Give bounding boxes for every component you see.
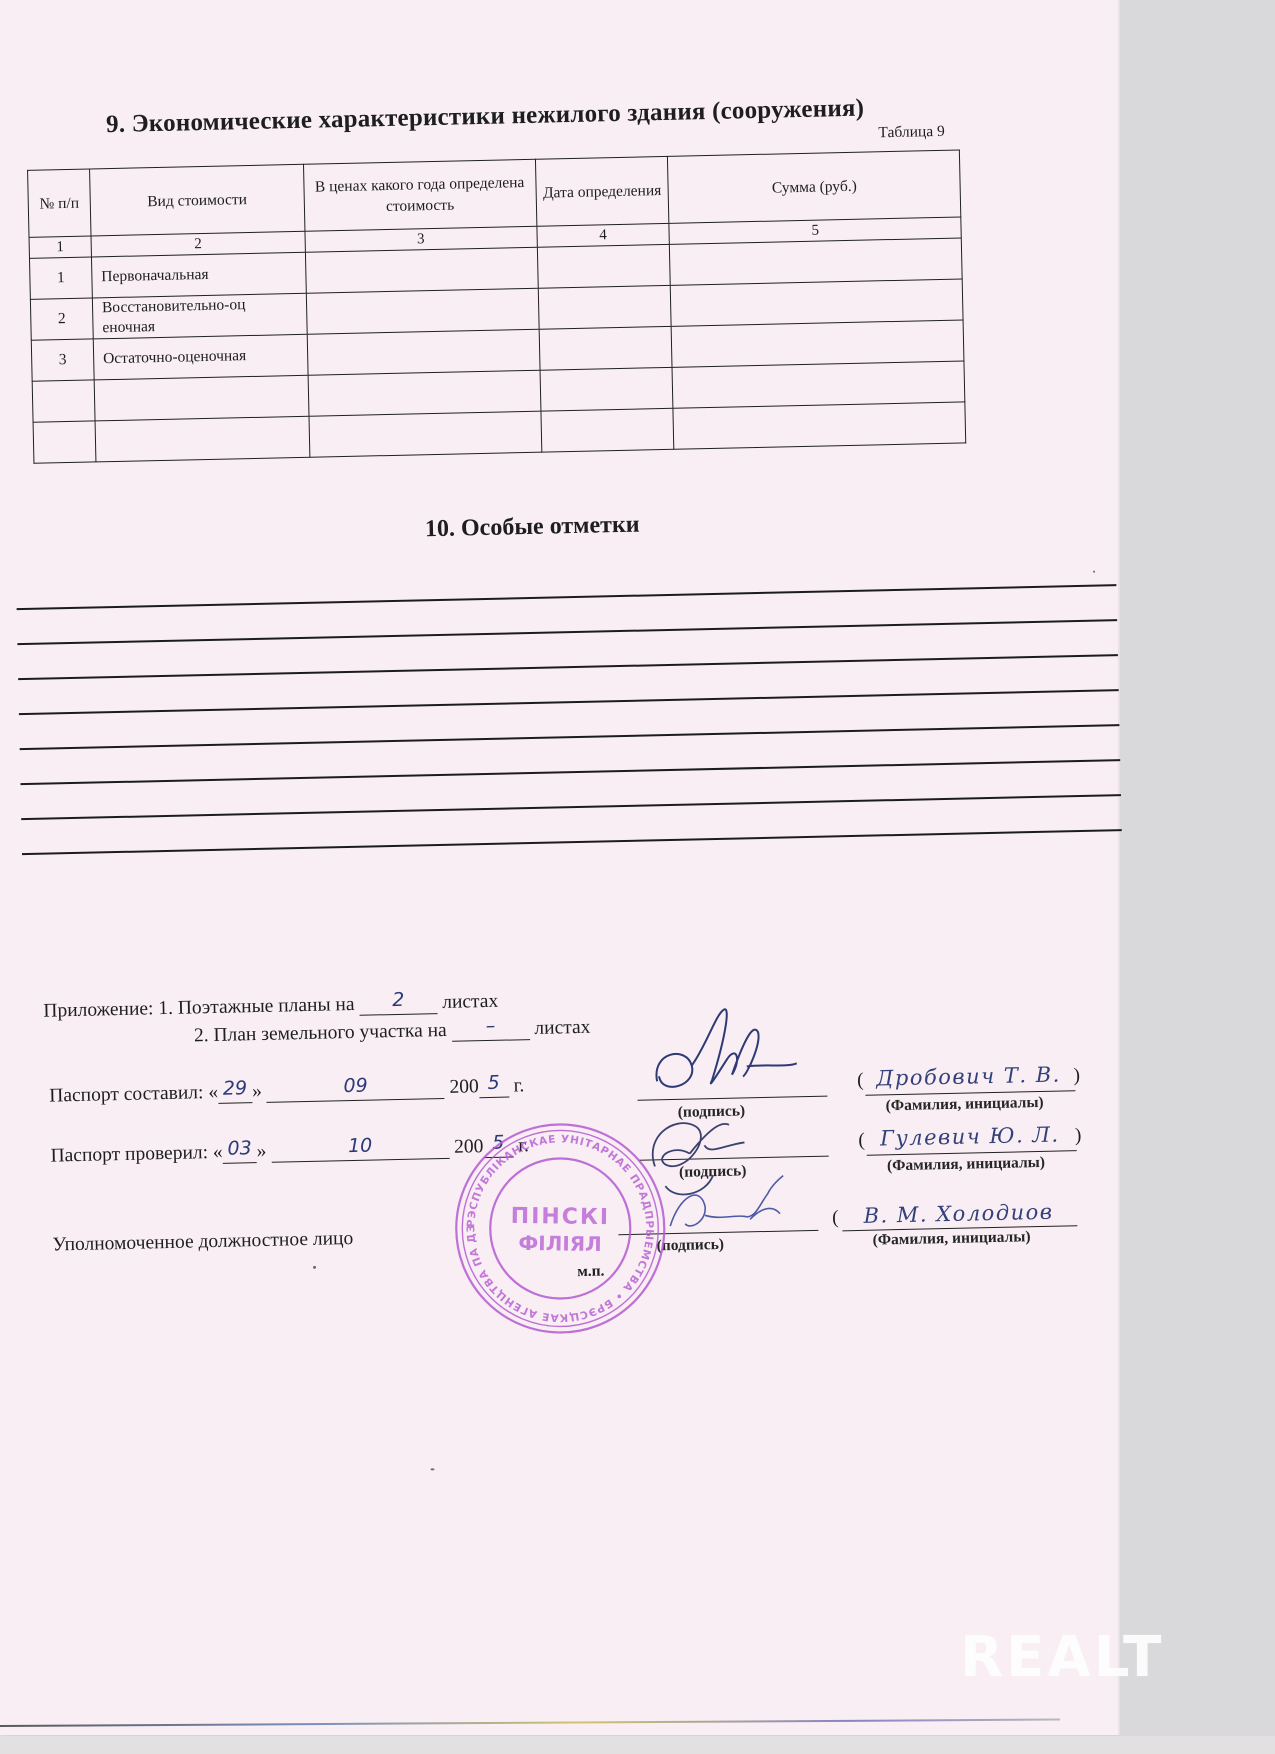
checked-name-value: Гулевич Ю. Л.	[880, 1123, 1060, 1151]
compiled-name-caption: (Фамилия, инициалы)	[885, 1094, 1043, 1115]
compiled-year-suffix: г.	[513, 1075, 524, 1096]
economic-characteristics-table: № п/п Вид стоимости В ценах какого года …	[27, 149, 966, 463]
row-value-type: Остаточно-оценочная	[93, 334, 308, 380]
row-price-year	[307, 329, 540, 375]
row-value-type: Первоначальная	[91, 252, 306, 298]
header-amount: Сумма (руб.)	[668, 150, 961, 223]
table-caption: Таблица 9	[878, 123, 945, 142]
checked-day-field: 03	[222, 1140, 256, 1164]
special-notes-line	[21, 794, 1121, 820]
row-amount	[672, 320, 964, 367]
appendix-item-1-prefix: 1. Поэтажные планы на	[158, 994, 355, 1019]
row-amount	[673, 402, 965, 449]
special-notes-line	[20, 724, 1120, 750]
compiled-signature	[645, 1003, 817, 1107]
compiled-year-digit: 5	[487, 1072, 500, 1094]
row-amount	[670, 238, 962, 285]
row-number	[32, 380, 95, 422]
row-amount	[672, 361, 964, 408]
scan-speck	[1093, 571, 1095, 573]
special-notes-line	[19, 689, 1119, 715]
row-date	[539, 326, 673, 370]
row-price-year	[306, 288, 539, 334]
appendix-label: Приложение:	[43, 998, 154, 1021]
appendix-item-2-prefix: 2. План земельного участка на	[194, 1020, 447, 1047]
row-number: 2	[30, 298, 93, 340]
appendix-item-1-suffix: листах	[442, 991, 498, 1013]
section-10-title: 10. Особые отметки	[425, 512, 640, 544]
land-plan-sheets-value: –	[486, 1015, 496, 1037]
compiled-month-value: 09	[343, 1075, 368, 1098]
scan-speck	[313, 1266, 316, 1269]
row-date	[540, 367, 674, 411]
seal-place-label: м.п.	[577, 1263, 605, 1282]
checked-name-field: Гулевич Ю. Л.	[865, 1122, 1075, 1149]
stamp-center-line-1: ПІНСКІ	[511, 1204, 611, 1230]
row-number	[33, 421, 96, 463]
floor-plans-sheets-value: 2	[392, 989, 405, 1011]
compiled-day-value: 29	[223, 1077, 248, 1100]
authorized-name-field: В. М. Холодиов	[838, 1199, 1078, 1226]
authorized-name-value: В. М. Холодиов	[863, 1200, 1053, 1228]
floor-plans-sheets-field: 2	[359, 991, 437, 1016]
section-9-title: 9. Экономические характеристики нежилого…	[106, 95, 865, 140]
compiled-name-field: Дробович Т. В.	[863, 1062, 1073, 1089]
compiled-by-row: Паспорт составил: «29» 09 2005 г.	[49, 1074, 525, 1107]
compiled-day-field: 29	[218, 1080, 252, 1104]
special-notes-line	[17, 584, 1117, 610]
row-value-type	[95, 416, 310, 462]
header-determination-date: Дата определения	[535, 156, 669, 226]
page-content: 9. Экономические характеристики нежилого…	[0, 0, 1149, 1745]
row-number: 3	[31, 339, 94, 381]
column-number: 4	[536, 223, 669, 247]
appendix-item-2: 2. План земельного участка на – листах	[194, 1016, 591, 1048]
row-value-type-text: Восстановительно-оценочная	[102, 295, 253, 338]
checked-month-value: 10	[348, 1135, 373, 1158]
row-date	[538, 285, 672, 329]
row-price-year	[309, 411, 542, 457]
row-number: 1	[29, 257, 92, 299]
checked-name-row: (Гулевич Ю. Л.)	[858, 1122, 1081, 1152]
checked-name-caption: (Фамилия, инициалы)	[887, 1154, 1045, 1175]
compiled-month-field: 09	[266, 1076, 444, 1103]
appendix-item-2-suffix: листах	[534, 1017, 590, 1039]
row-amount	[671, 279, 963, 326]
row-price-year	[305, 247, 538, 293]
compiled-name-value: Дробович Т. В.	[876, 1063, 1061, 1091]
compiled-year-prefix: 200	[449, 1076, 479, 1098]
authorized-signature	[659, 1173, 800, 1246]
scan-speck	[430, 1468, 434, 1470]
header-value-type: Вид стоимости	[89, 164, 304, 236]
land-plan-sheets-field: –	[451, 1017, 529, 1042]
appendix-item-1: Приложение: 1. Поэтажные планы на 2 лист…	[43, 990, 498, 1023]
special-notes-line	[17, 619, 1117, 645]
checked-month-field: 10	[271, 1136, 449, 1163]
checked-day-value: 03	[227, 1137, 252, 1160]
compiled-year-field: 5	[479, 1075, 509, 1099]
row-value-type: Восстановительно-оценочная	[92, 293, 307, 339]
column-number: 1	[29, 236, 91, 258]
row-date	[537, 244, 671, 288]
authorized-name-caption: (Фамилия, инициалы)	[872, 1228, 1030, 1249]
special-notes-line	[20, 759, 1120, 785]
special-notes-line	[18, 654, 1118, 680]
row-date	[540, 408, 674, 452]
header-price-year: В ценах какого года определена стоимость	[303, 159, 536, 231]
realt-watermark: REALT	[960, 1625, 1164, 1690]
compiled-name-row: (Дробович Т. В.)	[857, 1062, 1080, 1092]
compiled-by-label: Паспорт составил:	[49, 1082, 204, 1106]
row-value-type	[94, 375, 309, 421]
row-price-year	[308, 370, 541, 416]
header-number: № п/п	[28, 169, 91, 237]
special-notes-line	[22, 829, 1122, 855]
checked-by-label: Паспорт проверил:	[50, 1142, 208, 1166]
stamp-center-line-2: ФІЛІЯЛ	[518, 1231, 602, 1256]
authorized-official-label: Уполномоченное должностное лицо	[52, 1228, 353, 1257]
